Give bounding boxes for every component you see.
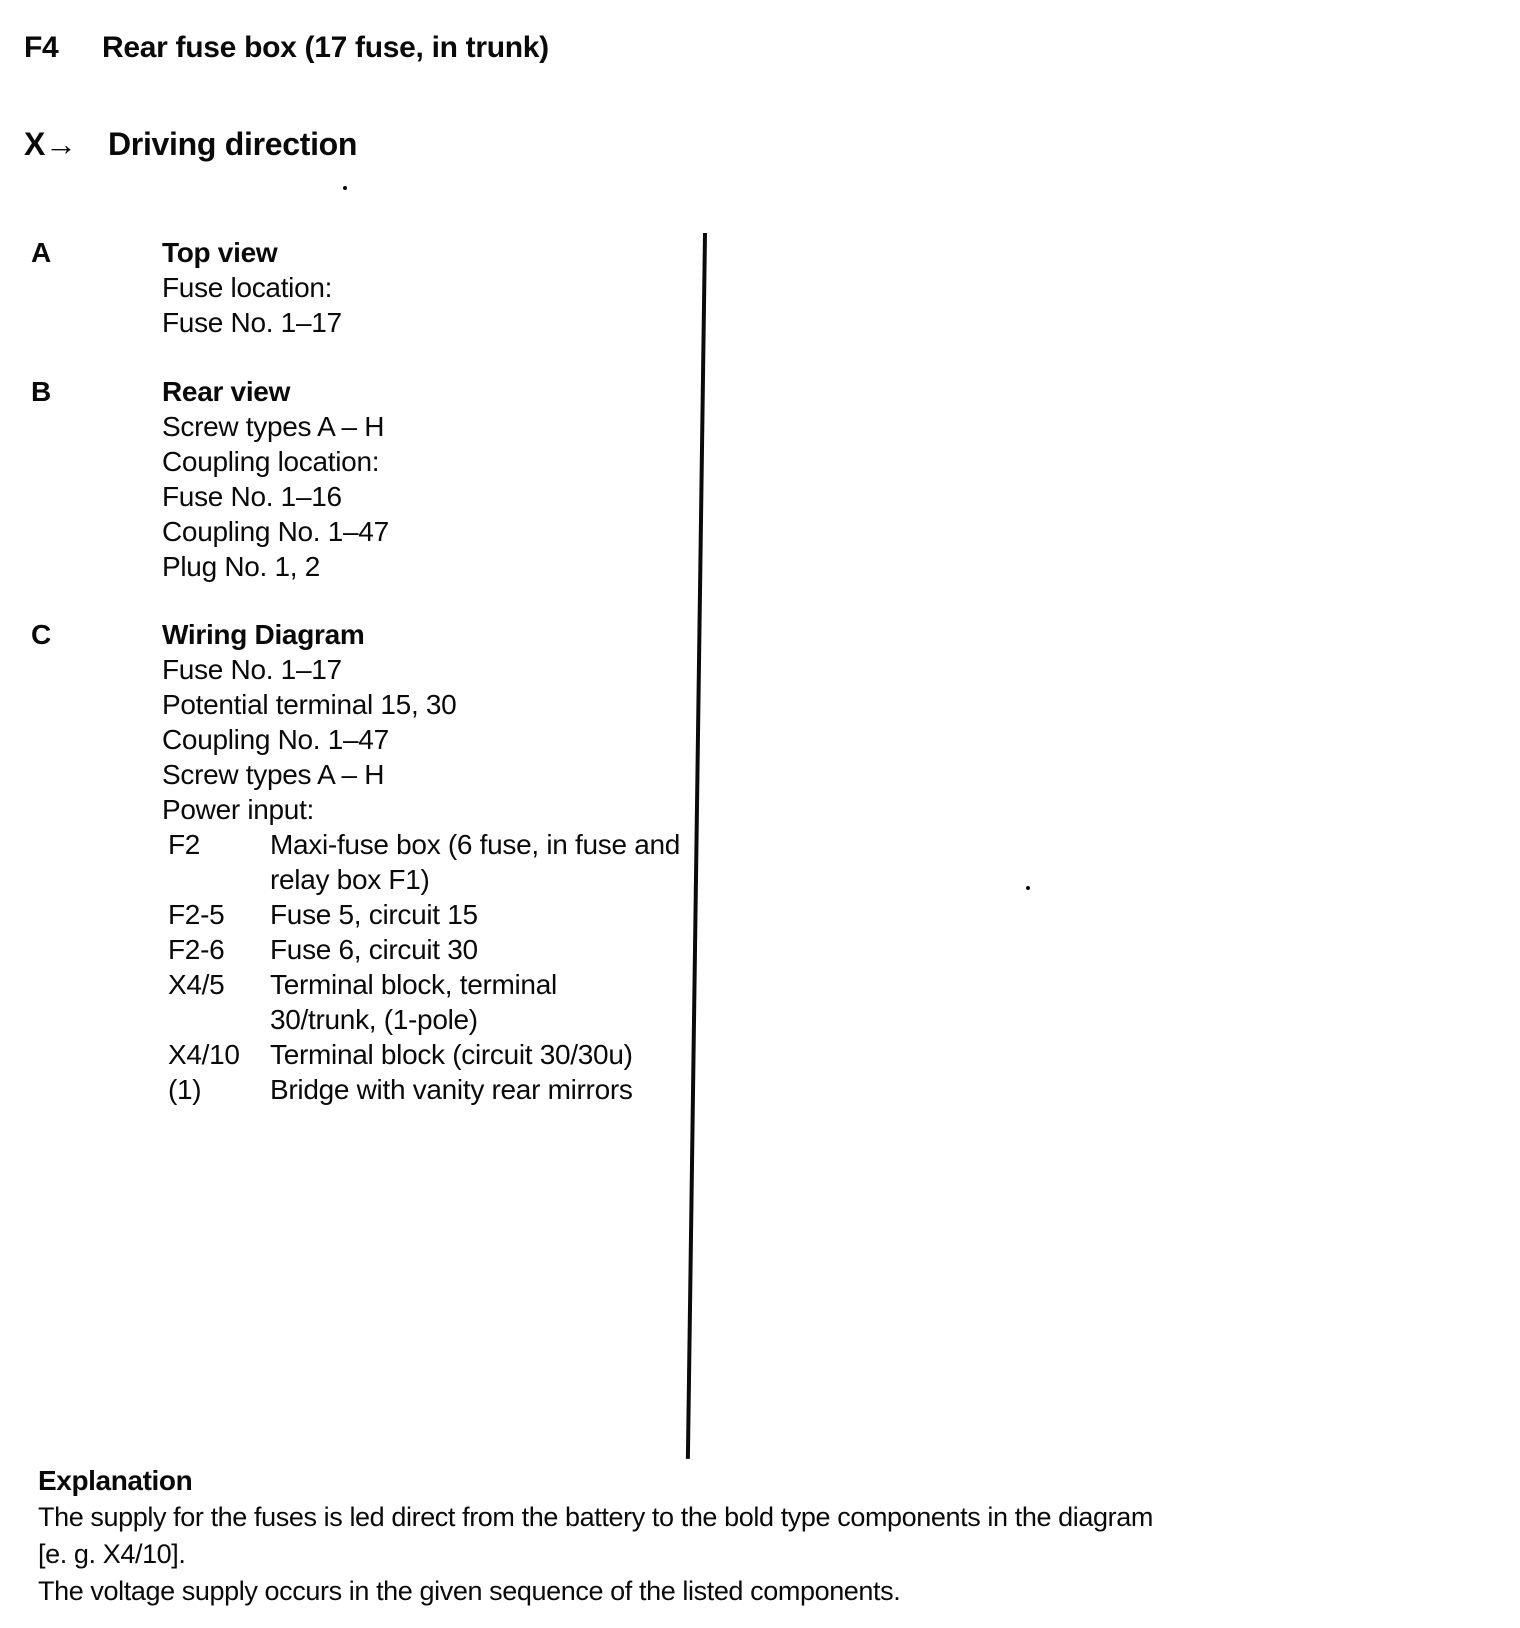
explanation-line: The supply for the fuses is led direct f… — [38, 1499, 1153, 1536]
section-line: Coupling No. 1–47 — [162, 722, 680, 757]
entry-desc-line: 30/trunk, (1-pole) — [270, 1002, 680, 1037]
manual-page: F4 Rear fuse box (17 fuse, in trunk) X→ … — [0, 0, 1520, 1628]
entry-term: X4/10 — [168, 1037, 240, 1072]
explanation-line: [e. g. X4/10]. — [38, 1536, 1153, 1573]
section-line: Fuse No. 1–17 — [162, 652, 680, 687]
page-title: Rear fuse box (17 fuse, in trunk) — [102, 30, 549, 66]
power-input-entry: F2-5 Fuse 5, circuit 15 — [162, 897, 680, 932]
section-label: B — [31, 374, 51, 409]
section-line: Plug No. 1, 2 — [162, 549, 389, 584]
x-axis-label: X — [24, 126, 45, 162]
entry-term: X4/5 — [168, 967, 224, 1002]
power-input-entry: F2 Maxi-fuse box (6 fuse, in fuse and re… — [162, 827, 680, 897]
entry-term: F2-6 — [168, 932, 224, 967]
entry-desc-line: Maxi-fuse box (6 fuse, in fuse and — [270, 827, 680, 862]
entry-desc-line: relay box F1) — [270, 862, 680, 897]
fusebox-code: F4 — [24, 30, 58, 66]
driving-direction-label: Driving direction — [108, 125, 357, 163]
section-line: Screw types A – H — [162, 757, 680, 792]
entry-desc-line: Fuse 6, circuit 30 — [270, 932, 680, 967]
section-label: C — [31, 617, 51, 652]
section-line: Fuse No. 1–17 — [162, 305, 342, 340]
entry-term: F2 — [168, 827, 200, 862]
section-line: Potential terminal 15, 30 — [162, 687, 680, 722]
power-input-entry: (1) Bridge with vanity rear mirrors — [162, 1072, 680, 1107]
power-input-entry: F2-6 Fuse 6, circuit 30 — [162, 932, 680, 967]
power-input-entry: X4/5 Terminal block, terminal 30/trunk, … — [162, 967, 680, 1037]
driving-direction-symbol: X→ — [24, 125, 77, 163]
explanation-title: Explanation — [38, 1462, 1153, 1499]
entry-term: (1) — [168, 1072, 201, 1107]
scan-artifact-dot — [343, 186, 347, 190]
entry-desc-line: Bridge with vanity rear mirrors — [270, 1072, 680, 1107]
section-line: Fuse No. 1–16 — [162, 479, 389, 514]
section-label: A — [31, 235, 51, 270]
entry-desc-line: Terminal block (circuit 30/30u) — [270, 1037, 680, 1072]
section-line: Coupling No. 1–47 — [162, 514, 389, 549]
entry-desc-line: Terminal block, terminal — [270, 967, 680, 1002]
explanation-line: The voltage supply occurs in the given s… — [38, 1573, 1153, 1610]
power-input-entry: X4/10 Terminal block (circuit 30/30u) — [162, 1037, 680, 1072]
scan-artifact-dot — [1026, 886, 1030, 890]
section-line: Power input: — [162, 792, 680, 827]
entry-term: F2-5 — [168, 897, 224, 932]
section-title: Wiring Diagram — [162, 617, 680, 652]
section-line: Screw types A – H — [162, 409, 389, 444]
explanation-block: Explanation The supply for the fuses is … — [38, 1462, 1153, 1610]
column-divider-rule — [686, 233, 707, 1459]
section-title: Rear view — [162, 374, 389, 409]
section-line: Fuse location: — [162, 270, 342, 305]
entry-desc-line: Fuse 5, circuit 15 — [270, 897, 680, 932]
right-arrow-icon: → — [45, 126, 77, 162]
section-title: Top view — [162, 235, 342, 270]
section-line: Coupling location: — [162, 444, 389, 479]
